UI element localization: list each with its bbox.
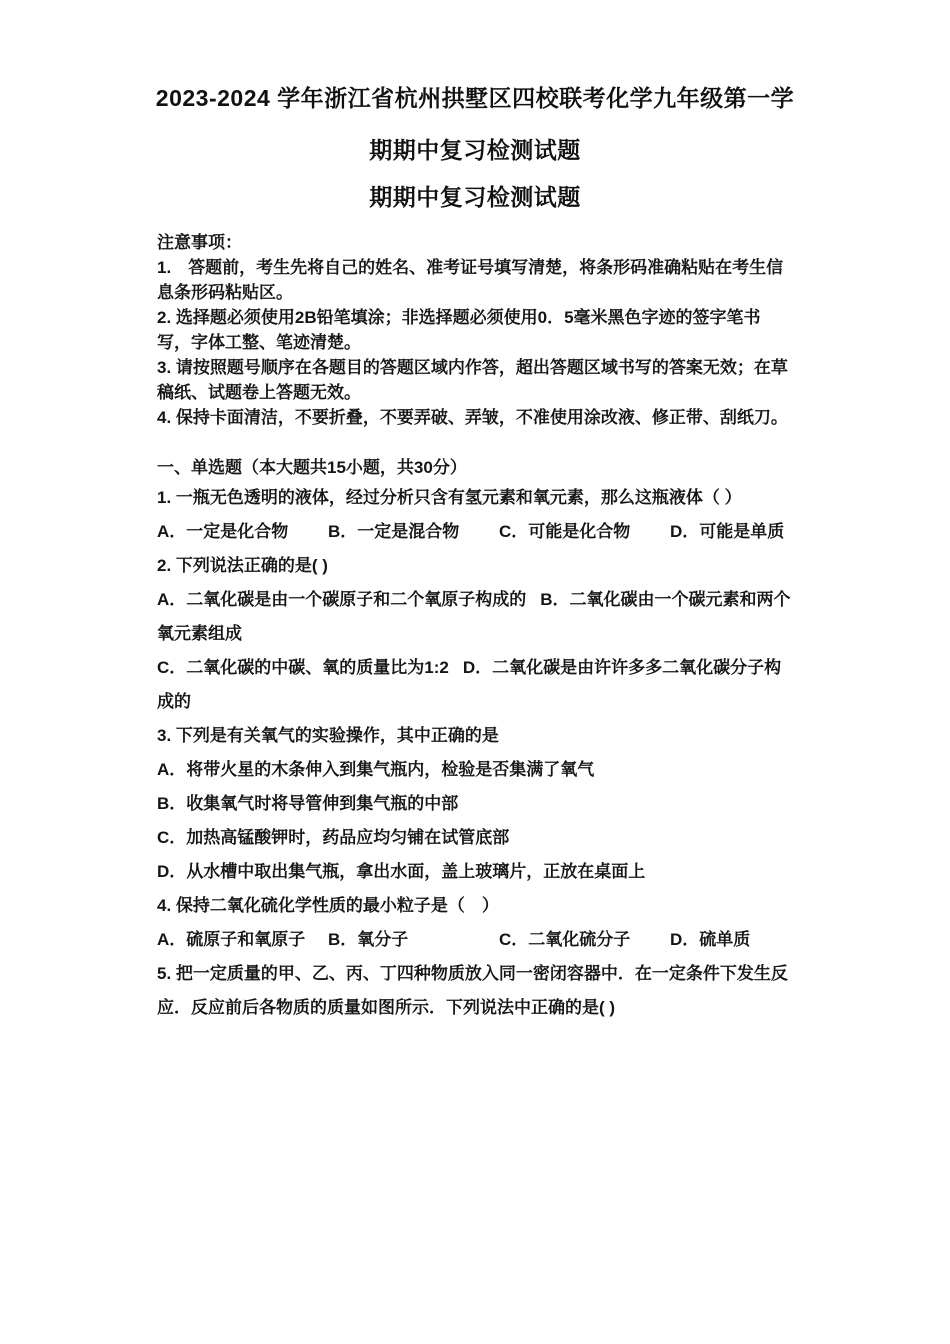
question-1: 1. 一瓶无色透明的液体，经过分析只含有氢元素和氧元素，那么这瓶液体（ ）A．一… — [157, 481, 793, 549]
question-4: 4. 保持二氧化硫化学性质的最小粒子是（ ）A．硫原子和氧原子B．氧分子C．二氧… — [157, 889, 793, 957]
question-options-row: A．硫原子和氧原子B．氧分子C．二氧化硫分子D．硫单质 — [157, 923, 793, 957]
notice-items: 1. 答题前，考生先将自己的姓名、准考证号填写清楚，将条形码准确粘贴在考生信息条… — [157, 255, 793, 430]
question-stem: 4. 保持二氧化硫化学性质的最小粒子是（ ） — [157, 889, 793, 923]
document-title-block: 2023-2024 学年浙江省杭州拱墅区四校联考化学九年级第一学 期期中复习检测… — [0, 0, 950, 209]
question-stem: 2. 下列说法正确的是( ) — [157, 549, 793, 583]
question-stem: 1. 一瓶无色透明的液体，经过分析只含有氢元素和氧元素，那么这瓶液体（ ） — [157, 481, 793, 515]
question-stem: 5. 把一定质量的甲、乙、丙、丁四种物质放入同一密闭容器中．在一定条件下发生反应… — [157, 957, 793, 1025]
option-A: A．硫原子和氧原子 — [157, 923, 328, 957]
option-A: A．将带火星的木条伸入到集气瓶内，检验是否集满了氧气 — [157, 753, 793, 787]
option-B: B．一定是混合物 — [328, 515, 499, 549]
notice-section: 注意事项： 1. 答题前，考生先将自己的姓名、准考证号填写清楚，将条形码准确粘贴… — [157, 230, 793, 430]
option-C: C．可能是化合物 — [499, 515, 670, 549]
option-A: A．二氧化碳是由一个碳原子和二个氧原子构成的 — [157, 590, 526, 609]
document-body: 注意事项： 1. 答题前，考生先将自己的姓名、准考证号填写清楚，将条形码准确粘贴… — [157, 230, 793, 1025]
question-options-flow: C．二氧化碳的中碳、氧的质量比为1:2D．二氧化碳是由许许多多二氧化碳分子构成的 — [157, 651, 793, 719]
option-C: C．二氧化碳的中碳、氧的质量比为1:2 — [157, 658, 449, 677]
exam-document-page: 2023-2024 学年浙江省杭州拱墅区四校联考化学九年级第一学 期期中复习检测… — [0, 0, 950, 1344]
question-3: 3. 下列是有关氧气的实验操作，其中正确的是A．将带火星的木条伸入到集气瓶内，检… — [157, 719, 793, 889]
option-D: D．可能是单质 — [670, 515, 784, 549]
title-line-1: 2023-2024 学年浙江省杭州拱墅区四校联考化学九年级第一学 — [0, 86, 950, 110]
title-line-2: 期期中复习检测试题 — [0, 138, 950, 162]
option-A: A．一定是化合物 — [157, 515, 328, 549]
option-C: C．二氧化硫分子 — [499, 923, 670, 957]
notice-heading: 注意事项： — [157, 230, 793, 255]
notice-item: 2. 选择题必须使用2B铅笔填涂；非选择题必须使用0．5毫米黑色字迹的签字笔书写… — [157, 305, 793, 355]
notice-item: 4. 保持卡面清洁，不要折叠，不要弄破、弄皱，不准使用涂改液、修正带、刮纸刀。 — [157, 405, 793, 430]
question-5: 5. 把一定质量的甲、乙、丙、丁四种物质放入同一密闭容器中．在一定条件下发生反应… — [157, 957, 793, 1025]
question-options-flow: A．二氧化碳是由一个碳原子和二个氧原子构成的B．二氧化碳由一个碳元素和两个氧元素… — [157, 583, 793, 651]
question-options-row: A．一定是化合物B．一定是混合物C．可能是化合物D．可能是单质 — [157, 515, 793, 549]
option-B: B．收集氧气时将导管伸到集气瓶的中部 — [157, 787, 793, 821]
notice-item: 3. 请按照题号顺序在各题目的答题区域内作答，超出答题区域书写的答案无效；在草稿… — [157, 355, 793, 405]
question-2: 2. 下列说法正确的是( )A．二氧化碳是由一个碳原子和二个氧原子构成的B．二氧… — [157, 549, 793, 719]
option-C: C．加热高锰酸钾时，药品应均匀铺在试管底部 — [157, 821, 793, 855]
option-B: B．氧分子 — [328, 923, 499, 957]
option-D: D．硫单质 — [670, 923, 750, 957]
question-stem: 3. 下列是有关氧气的实验操作，其中正确的是 — [157, 719, 793, 753]
questions-list: 1. 一瓶无色透明的液体，经过分析只含有氢元素和氧元素，那么这瓶液体（ ）A．一… — [157, 481, 793, 1025]
notice-item: 1. 答题前，考生先将自己的姓名、准考证号填写清楚，将条形码准确粘贴在考生信息条… — [157, 255, 793, 305]
option-D: D．从水槽中取出集气瓶，拿出水面，盖上玻璃片，正放在桌面上 — [157, 855, 793, 889]
section-heading: 一、单选题（本大题共15小题，共30分） — [157, 455, 793, 481]
title-line-3: 期期中复习检测试题 — [0, 185, 950, 209]
